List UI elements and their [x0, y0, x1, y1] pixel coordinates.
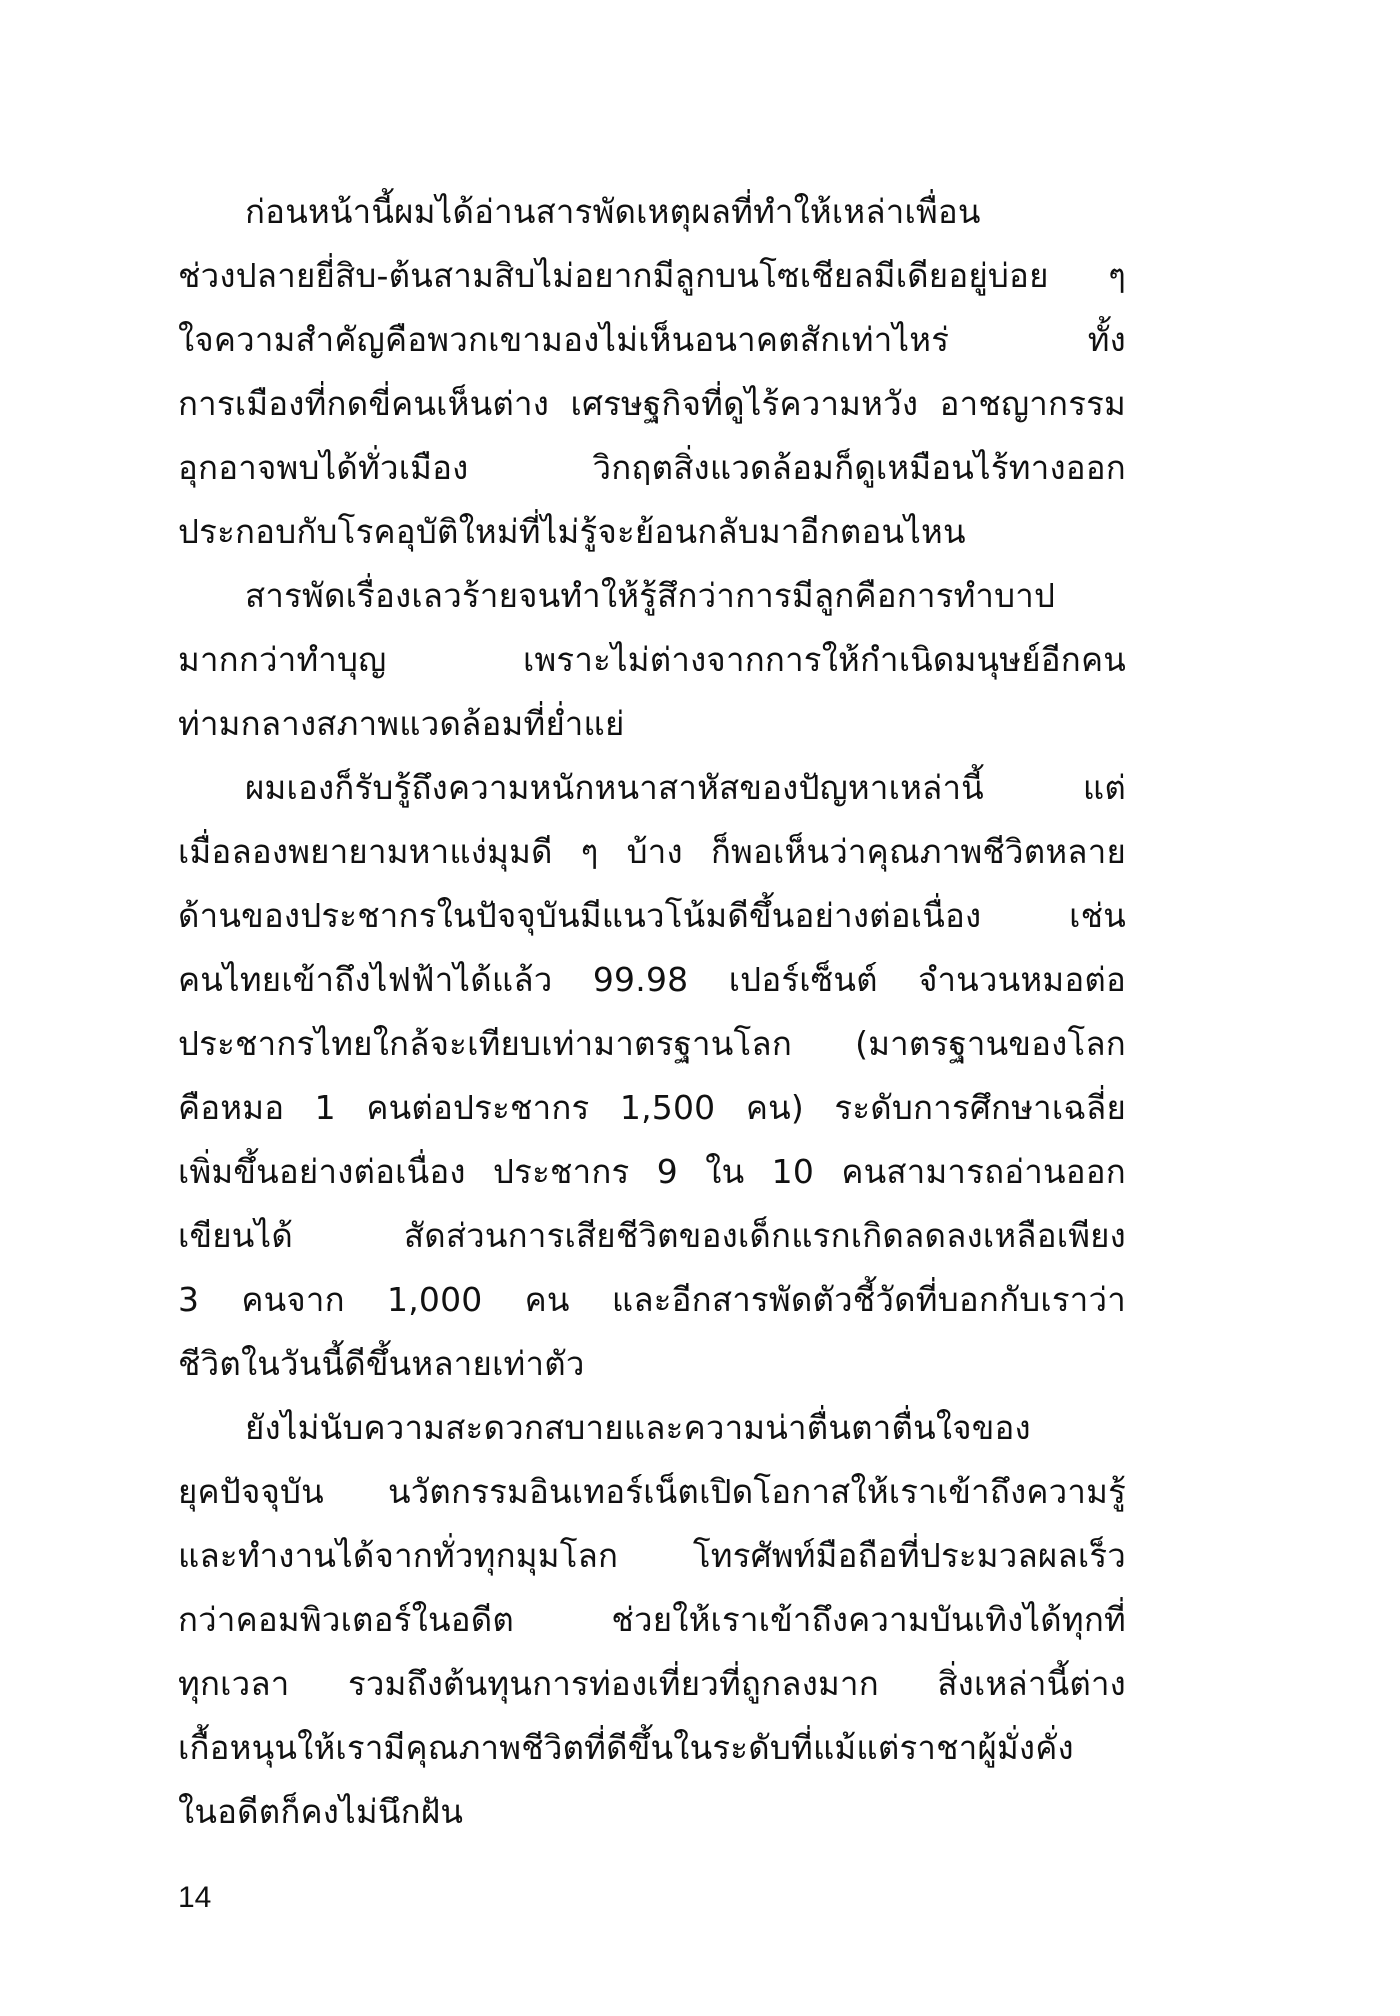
text-line: ด้านของประชากรในปัจจุบันมีแนวโน้มดีขึ้นอ…: [178, 884, 1126, 948]
text-line: ช่วงปลายยี่สิบ-ต้นสามสิบไม่อยากมีลูกบนโซ…: [178, 244, 1126, 308]
text-line: คนไทยเข้าถึงไฟฟ้าได้แล้ว 99.98 เปอร์เซ็น…: [178, 948, 1126, 1012]
text-line: ใจความสำคัญคือพวกเขามองไม่เห็นอนาคตสักเท…: [178, 308, 1126, 372]
text-line: เพิ่มขึ้นอย่างต่อเนื่อง ประชากร 9 ใน 10 …: [178, 1140, 1126, 1204]
paragraph-4: ยังไม่นับความสะดวกสบายและความน่าตื่นตาตื…: [178, 1396, 1126, 1844]
text-line: ในอดีตก็คงไม่นึกฝัน: [178, 1780, 1126, 1844]
text-line: ก่อนหน้านี้ผมได้อ่านสารพัดเหตุผลที่ทำให้…: [178, 180, 1126, 244]
text-line: ยังไม่นับความสะดวกสบายและความน่าตื่นตาตื…: [178, 1396, 1126, 1460]
text-line: กว่าคอมพิวเตอร์ในอดีต ช่วยให้เราเข้าถึงค…: [178, 1588, 1126, 1652]
paragraph-2: สารพัดเรื่องเลวร้ายจนทำให้รู้สึกว่าการมี…: [178, 564, 1126, 756]
text-line: ชีวิตในวันนี้ดีขึ้นหลายเท่าตัว: [178, 1332, 1126, 1396]
text-line: ท่ามกลางสภาพแวดล้อมที่ย่ำแย่: [178, 692, 1126, 756]
text-line: ประกอบกับโรคอุบัติใหม่ที่ไม่รู้จะย้อนกลั…: [178, 500, 1126, 564]
text-line: มากกว่าทำบุญ เพราะไม่ต่างจากการให้กำเนิด…: [178, 628, 1126, 692]
text-line: ยุคปัจจุบัน นวัตกรรมอินเทอร์เน็ตเปิดโอกา…: [178, 1460, 1126, 1524]
text-line: เมื่อลองพยายามหาแง่มุมดี ๆ บ้าง ก็พอเห็น…: [178, 820, 1126, 884]
page-number: 14: [178, 1880, 211, 1916]
text-line: 3 คนจาก 1,000 คน และอีกสารพัดตัวชี้วัดที…: [178, 1268, 1126, 1332]
text-line: ทุกเวลา รวมถึงต้นทุนการท่องเที่ยวที่ถูกล…: [178, 1652, 1126, 1716]
text-line: ผมเองก็รับรู้ถึงความหนักหนาสาหัสของปัญหา…: [178, 756, 1126, 820]
text-line: คือหมอ 1 คนต่อประชากร 1,500 คน) ระดับการ…: [178, 1076, 1126, 1140]
paragraph-1: ก่อนหน้านี้ผมได้อ่านสารพัดเหตุผลที่ทำให้…: [178, 180, 1126, 564]
text-line: ประชากรไทยใกล้จะเทียบเท่ามาตรฐานโลก (มาต…: [178, 1012, 1126, 1076]
text-line: เกื้อหนุนให้เรามีคุณภาพชีวิตที่ดีขึ้นในร…: [178, 1716, 1126, 1780]
text-line: สารพัดเรื่องเลวร้ายจนทำให้รู้สึกว่าการมี…: [178, 564, 1126, 628]
text-line: เขียนได้ สัดส่วนการเสียชีวิตของเด็กแรกเก…: [178, 1204, 1126, 1268]
text-line: อุกอาจพบได้ทั่วเมือง วิกฤตสิ่งแวดล้อมก็ด…: [178, 436, 1126, 500]
paragraph-3: ผมเองก็รับรู้ถึงความหนักหนาสาหัสของปัญหา…: [178, 756, 1126, 1396]
book-page-body: ก่อนหน้านี้ผมได้อ่านสารพัดเหตุผลที่ทำให้…: [178, 180, 1126, 1844]
text-line: และทำงานได้จากทั่วทุกมุมโลก โทรศัพท์มือถ…: [178, 1524, 1126, 1588]
text-line: การเมืองที่กดขี่คนเห็นต่าง เศรษฐกิจที่ดู…: [178, 372, 1126, 436]
